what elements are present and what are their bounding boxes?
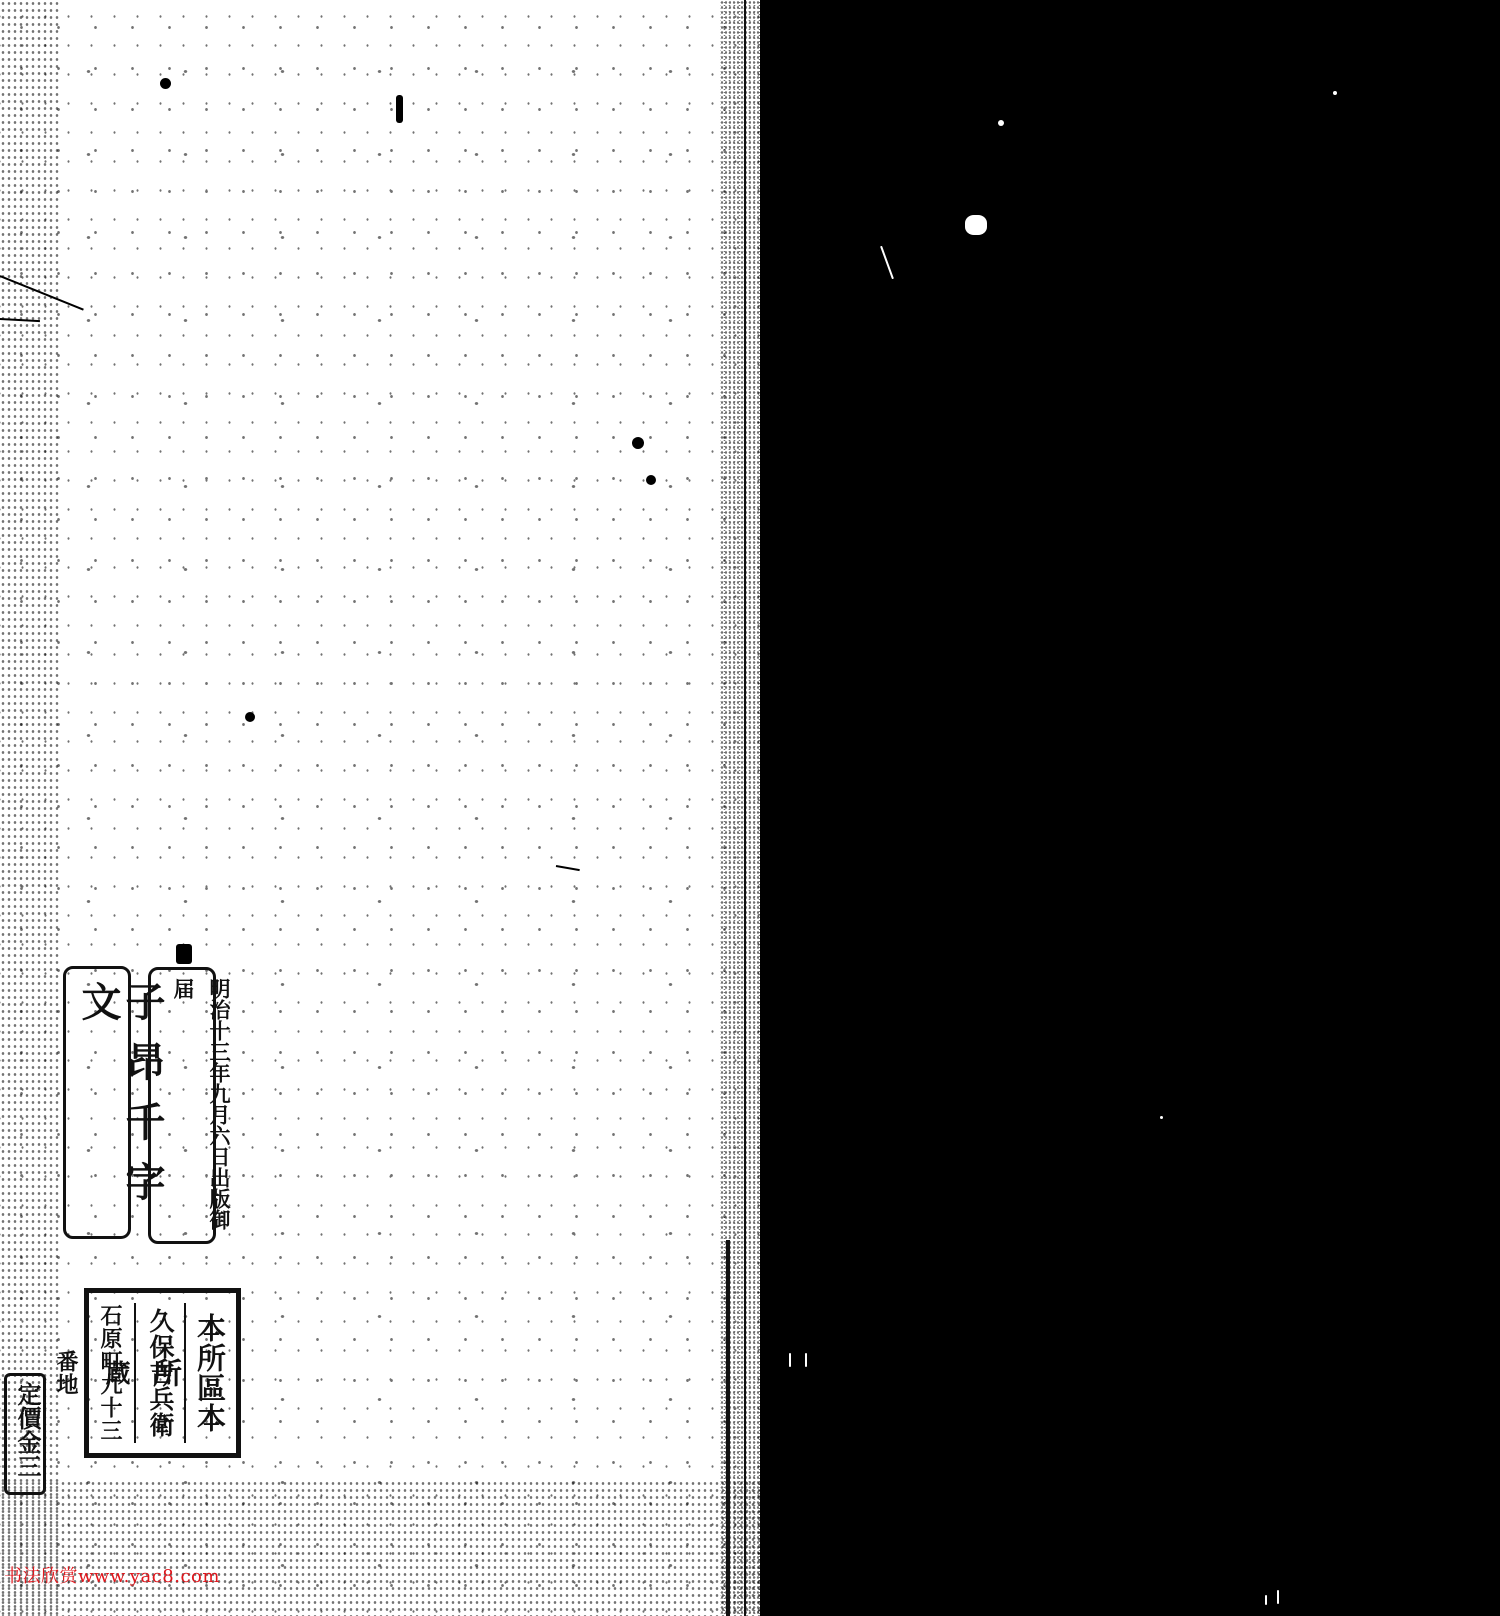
stamp-column-street: 石原町九十三番地 [88, 1301, 132, 1445]
dust-speck [880, 246, 894, 280]
dust-speck [965, 215, 987, 235]
ink-blot [160, 78, 171, 89]
publication-slip-text: 明治十三年九月六日出版御届 [165, 978, 237, 1241]
scanned-page: 子昂千字文 明治十三年九月六日出版御届 本所區本所 久保吉兵衛蔵 石原町九十三番… [0, 0, 760, 1616]
dust-speck [1277, 1590, 1279, 1604]
seal-mark [176, 944, 192, 964]
dust-speck [789, 1353, 791, 1367]
publisher-stamp: 本所區本所 久保吉兵衛蔵 石原町九十三番地 [84, 1288, 241, 1458]
dust-speck [998, 120, 1004, 126]
dust-speck [1160, 1116, 1163, 1119]
ink-blot [396, 95, 403, 123]
dust-speck [805, 1353, 807, 1367]
price-slip-text: 定價金三 [13, 1382, 41, 1478]
bottom-edge-texture [0, 1480, 760, 1616]
stamp-divider [184, 1303, 186, 1443]
spine-fold [726, 1240, 730, 1616]
publication-slip: 明治十三年九月六日出版御届 [148, 967, 216, 1244]
scan-background [760, 0, 1500, 1616]
ink-blot [646, 475, 656, 485]
watermark: 书法欣赏www.yac8.com [4, 1562, 220, 1588]
stamp-divider [134, 1303, 136, 1443]
stamp-column-address: 本所區本所 [188, 1301, 232, 1445]
dust-speck [1333, 91, 1337, 95]
ink-blot [245, 712, 255, 722]
dust-speck [1265, 1595, 1267, 1605]
ink-blot [632, 437, 644, 449]
title-slip: 子昂千字文 [63, 966, 131, 1239]
stamp-column-publisher: 久保吉兵衛蔵 [138, 1301, 182, 1445]
spine-line [744, 0, 746, 1616]
price-slip: 定價金三 [4, 1373, 46, 1495]
